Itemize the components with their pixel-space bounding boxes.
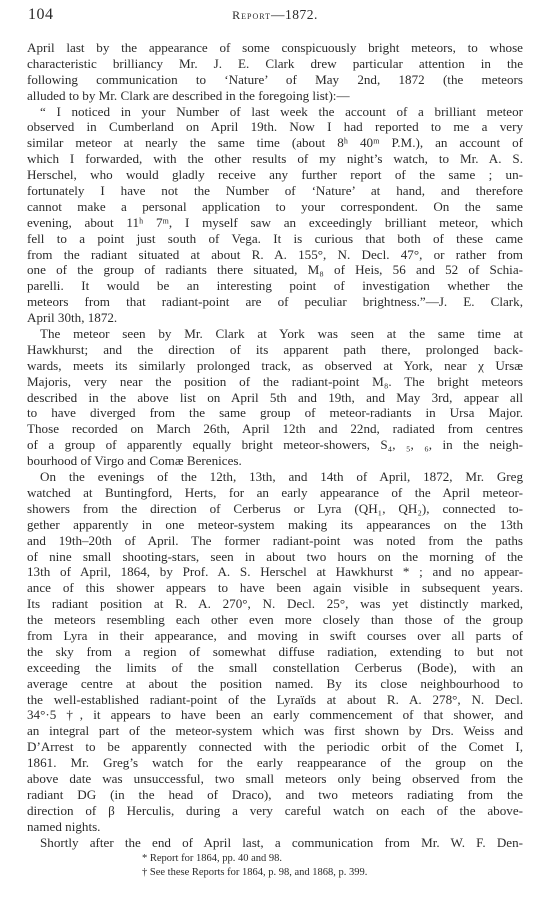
text-line: from Lyra in their appearance, and movin… <box>27 628 523 644</box>
text-line: described in the above list on April 5th… <box>27 390 523 406</box>
text-line: and 19th–20th of April. The former radia… <box>27 533 523 549</box>
text-line: D’Arrest to be apparently connected with… <box>27 739 523 755</box>
text-line: meteors from that radiant-point are of p… <box>27 294 523 310</box>
footnotes: * Report for 1864, pp. 40 and 98.† See t… <box>142 852 367 880</box>
text-line: the meteors resembling each other even m… <box>27 612 523 628</box>
text-line: On the evenings of the 12th, 13th, and 1… <box>27 469 523 485</box>
text-line: “ I noticed in your Number of last week … <box>27 104 523 120</box>
text-line: Herschel, who would gladly receive any f… <box>27 167 523 183</box>
text-line: The meteor seen by Mr. Clark at York was… <box>27 326 523 342</box>
text-line: of nine small shooting-stars, seen in ab… <box>27 549 523 565</box>
text-line: direction of β Herculis, during a very c… <box>27 803 523 819</box>
text-line: Those recorded on March 26th, April 12th… <box>27 421 523 437</box>
text-line: named nights. <box>27 819 523 835</box>
text-line: Hawkhurst; and the direction of its appa… <box>27 342 523 358</box>
text-line: fell to a point just south of Vega. It i… <box>27 231 523 247</box>
text-line: of a group of apparently equally bright … <box>27 437 523 453</box>
text-line: April last by the appearance of some con… <box>27 40 523 56</box>
text-line: 13th of April, 1864, by Prof. A. S. Hers… <box>27 564 523 580</box>
text-line: the sky from a region of somewhat diffus… <box>27 644 523 660</box>
text-line: showers from the direction of Cerberus o… <box>27 501 523 517</box>
text-line: from the radiant situated at about R. A.… <box>27 247 523 263</box>
text-line: alluded to by Mr. Clark are described in… <box>27 88 523 104</box>
text-line: Majoris, very near the position of the r… <box>27 374 523 390</box>
text-line: to have diverged from the same group of … <box>27 405 523 421</box>
text-line: 1861. Mr. Greg’s watch for the early rea… <box>27 755 523 771</box>
text-line: the well-established radiant-point of th… <box>27 692 523 708</box>
text-line: an integral part of the meteor-system wh… <box>27 723 523 739</box>
text-line: ance of this shower appears to have been… <box>27 580 523 596</box>
page-header: 104 Report—1872. <box>28 6 522 26</box>
footnote: † See these Reports for 1864, p. 98, and… <box>142 866 367 880</box>
text-line: fortunately I have not the Number of ‘Na… <box>27 183 523 199</box>
text-line: characteristic brilliancy Mr. J. E. Clar… <box>27 56 523 72</box>
text-line: watched at Buntingford, Herts, for an ea… <box>27 485 523 501</box>
text-line: evening, about 11ʰ 7ᵐ, I myself saw an e… <box>27 215 523 231</box>
text-line: above date was unsuccessful, two small m… <box>27 771 523 787</box>
text-line: April 30th, 1872. <box>27 310 523 326</box>
text-line: parelli. It would be an interesting poin… <box>27 278 523 294</box>
running-title: Report—1872. <box>28 7 522 23</box>
text-line: gether apparently in one meteor-system m… <box>27 517 523 533</box>
text-line: similar meteor at nearly the same time (… <box>27 135 523 151</box>
text-line: exceeding the limits of the small conste… <box>27 660 523 676</box>
text-line: radiant DG (in the head of Draco), and t… <box>27 787 523 803</box>
body-text: April last by the appearance of some con… <box>27 40 523 850</box>
running-title-report: Report <box>232 8 271 22</box>
text-line: one of the group of radiants there situa… <box>27 262 523 278</box>
text-line: observed in Cumberland on April 19th. No… <box>27 119 523 135</box>
text-line: average centre at about the position nam… <box>27 676 523 692</box>
footnote: * Report for 1864, pp. 40 and 98. <box>142 852 367 866</box>
text-line: Its radiant position at R. A. 270°, N. D… <box>27 596 523 612</box>
text-line: which I forwarded, with the other result… <box>27 151 523 167</box>
text-line: cannot make a personal application to yo… <box>27 199 523 215</box>
text-line: Shortly after the end of April last, a c… <box>27 835 523 851</box>
text-line: 34°·5 †, it appears to have been an earl… <box>27 707 523 723</box>
text-line: following communication to ‘Nature’ of M… <box>27 72 523 88</box>
text-line: wards, meets its similarly prolonged tra… <box>27 358 523 374</box>
running-title-year: —1872. <box>271 7 318 22</box>
text-line: bourhood of Virgo and Comæ Berenices. <box>27 453 523 469</box>
